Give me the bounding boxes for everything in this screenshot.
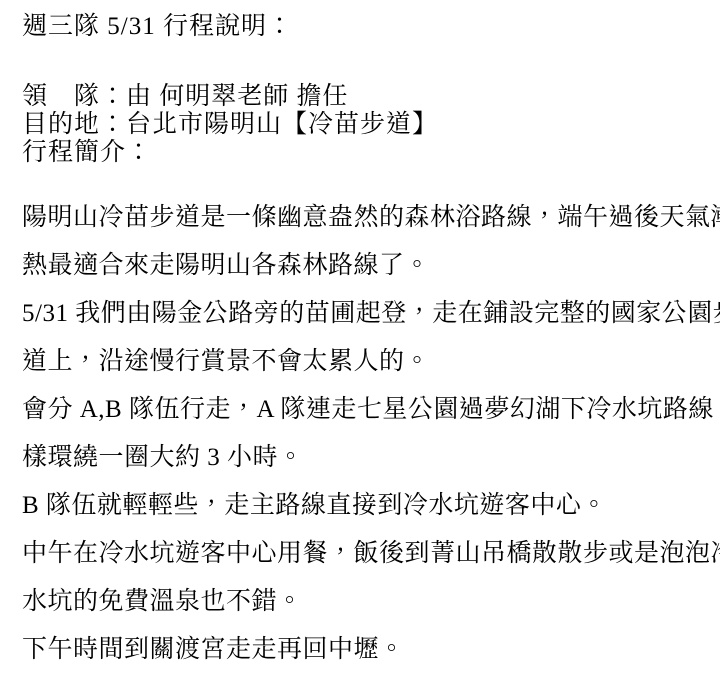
blank-line bbox=[22, 167, 710, 194]
body-line: 會分 A,B 隊伍行走，A 隊連走七星公園過夢幻湖下冷水坑路線。這 bbox=[22, 386, 710, 434]
trip-info-block: 領 隊：由 何明翠老師 擔任 目的地：台北市陽明山【冷苗步道】 行程簡介： bbox=[22, 83, 710, 167]
body-line: 5/31 我們由陽金公路旁的苗圃起登，走在鋪設完整的國家公園步 bbox=[22, 290, 710, 338]
body-line: 熱最適合來走陽明山各森林路線了。 bbox=[22, 242, 710, 290]
body-line: 陽明山冷苗步道是一條幽意盎然的森林浴路線，端午過後天氣漸 bbox=[22, 194, 710, 242]
leader-line: 領 隊：由 何明翠老師 擔任 bbox=[22, 83, 710, 111]
body-line: 下午時間到關渡宮走走再回中壢。 bbox=[22, 626, 710, 674]
destination-value: 台北市陽明山【冷苗步道】 bbox=[126, 111, 438, 138]
body-line: 道上，沿途慢行賞景不會太累人的。 bbox=[22, 338, 710, 386]
intro-heading-line: 行程簡介： bbox=[22, 139, 710, 167]
destination-line: 目的地：台北市陽明山【冷苗步道】 bbox=[22, 111, 710, 139]
blank-line bbox=[22, 41, 710, 83]
body-line: 中午在冷水坑遊客中心用餐，飯後到菁山吊橋散散步或是泡泡冷 bbox=[22, 530, 710, 578]
body-line: 水坑的免費溫泉也不錯。 bbox=[22, 578, 710, 626]
leader-value: 由 何明翠老師 擔任 bbox=[126, 83, 349, 110]
body-line: 樣環繞一圈大約 3 小時。 bbox=[22, 434, 710, 482]
document-title: 週三隊 5/31 行程說明： bbox=[22, 12, 710, 41]
destination-label: 目的地： bbox=[22, 111, 126, 138]
body-line: B 隊伍就輕輕些，走主路線直接到冷水坑遊客中心。 bbox=[22, 482, 710, 530]
leader-label: 領 隊： bbox=[22, 83, 126, 110]
intro-label: 行程簡介： bbox=[22, 139, 152, 166]
document-page: 週三隊 5/31 行程說明： 領 隊：由 何明翠老師 擔任 目的地：台北市陽明山… bbox=[0, 0, 720, 694]
trip-description-block: 陽明山冷苗步道是一條幽意盎然的森林浴路線，端午過後天氣漸 熱最適合來走陽明山各森… bbox=[22, 194, 710, 674]
